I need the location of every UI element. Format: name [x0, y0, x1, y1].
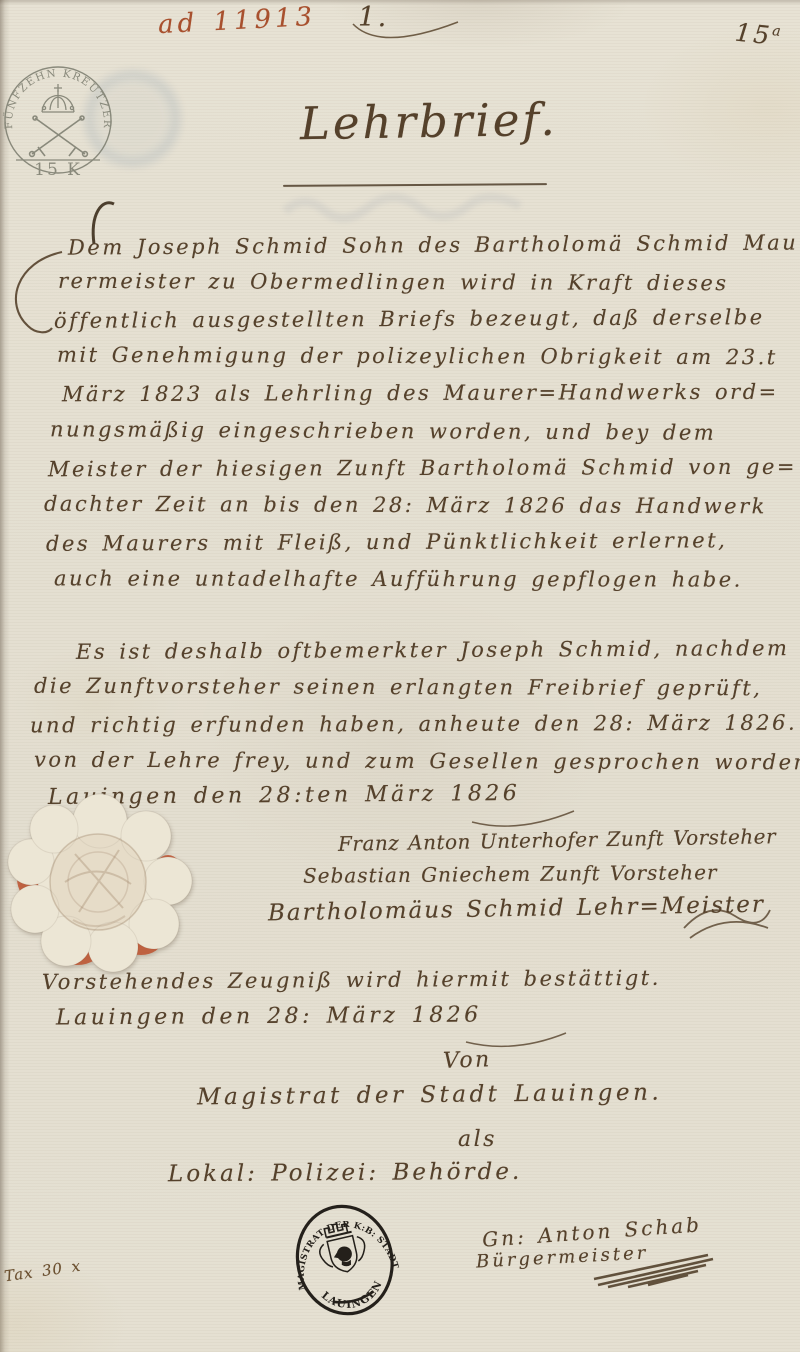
signature-zunftvorsteher-1: Franz Anton Unterhofer Zunft Vorsteher: [338, 824, 776, 856]
city-stamp-lauingen: MAGISTRAT DER K:B: STADT LAUINGEN: [278, 1189, 413, 1333]
certification-als: als: [458, 1127, 497, 1153]
seal-embossing: [50, 834, 146, 930]
revenue-stamp-arc-text: FÜNFZEHN KREUTZER: [1, 67, 113, 129]
registry-annotation: ad 11913: [157, 2, 317, 41]
signature-zunftvorsteher-2: Sebastian Gniechem Zunft Vorsteher: [303, 860, 718, 888]
certification-dateline: Lauingen den 28: März 1826: [56, 1003, 482, 1032]
document-page: ad 11913 1. 15a FÜNFZEHN KREUTZER: [0, 0, 800, 1352]
moor-head-icon: [332, 1245, 355, 1269]
body-line: Dem Joseph Schmid Sohn des Bartholomä Sc…: [68, 230, 800, 260]
body-line: von der Lehre frey, und zum Gesellen ges…: [34, 748, 800, 776]
body-line: nungsmäßig eingeschrieben worden, und be…: [50, 417, 716, 446]
body-line: Meister der hiesigen Zunft Bartholomä Sc…: [48, 455, 797, 483]
folio-number: 15a: [734, 18, 785, 53]
body-line: öffentlich ausgestellten Briefs bezeugt,…: [54, 305, 765, 334]
crossed-sword-scepter-icon: [30, 116, 88, 156]
signature-flourish: [680, 898, 775, 948]
folio-number-mark: a: [771, 23, 783, 40]
revenue-stamp-value: 15 K: [34, 160, 82, 180]
body-line: dachter Zeit an bis den 28: März 1826 da…: [44, 492, 767, 520]
wax-seal: [5, 790, 195, 972]
crown-icon: [42, 84, 74, 112]
city-stamp-bottom-text: LAUINGEN: [317, 1276, 389, 1318]
document-title: Lehrbrief.: [300, 93, 559, 151]
body-line: die Zunftvorsteher seinen erlangten Frei…: [34, 674, 762, 702]
body-line: mit Genehmigung der polizeylichen Obrigk…: [57, 343, 778, 371]
tax-note: Tax 30 x: [3, 1257, 82, 1286]
folio-number-value: 15: [734, 18, 774, 51]
mayor-signature-flourish: [588, 1243, 723, 1291]
certification-behoerde: Lokal: Polizei: Behörde.: [168, 1159, 522, 1189]
certification-von: Von: [443, 1047, 493, 1075]
ink-bleedthrough: [280, 186, 530, 226]
certification-line: Vorstehendes Zeugniß wird hiermit bestät…: [42, 966, 661, 996]
body-line: und richtig erfunden haben, anheute den …: [30, 711, 797, 739]
body-line: rermeister zu Obermedlingen wird in Kraf…: [58, 269, 729, 297]
number-flourish: [350, 16, 465, 52]
body-line: auch eine untadelhafte Aufführung gepflo…: [54, 566, 743, 592]
body-line: Es ist deshalb oftbemerkter Joseph Schmi…: [76, 636, 790, 665]
certification-magistrat: Magistrat der Stadt Lauingen.: [197, 1080, 662, 1112]
body-line: März 1823 als Lehrling des Maurer=Handwe…: [62, 380, 779, 408]
revenue-stamp-15k: FÜNFZEHN KREUTZER 15 K: [2, 60, 116, 180]
body-line: des Maurers mit Fleiß, und Pünktlichkeit…: [46, 528, 727, 557]
